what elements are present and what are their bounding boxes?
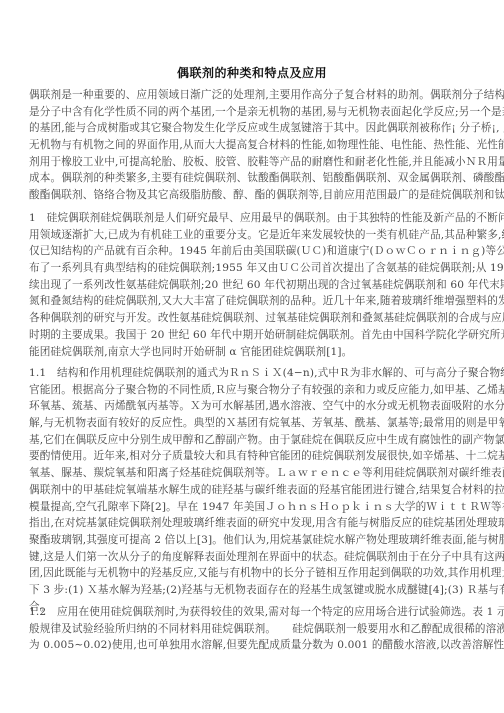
text-line: 聚酯玻璃钢,其强度可提高 2 倍以上[3]。他们认为,用烷基氯硅烷水解产物处理玻…	[29, 532, 475, 549]
text-line: 是分子中含有化学性质不同的两个基团,一个是亲无机物的基团,易与无机物表面起化学反…	[29, 104, 475, 121]
text-line: 般规律及试验经验所归纳的不同材料用硅烷偶联剂。 硅烷偶联剂一般要用水和乙醇配成很…	[29, 621, 475, 638]
text-line: 续出现了一系列改性氨基硅烷偶联剂;20 世纪 60 年代初期出现的含过氧基硅烷偶…	[29, 277, 475, 294]
text-line: 的基团,能与合成树脂或其它聚合物发生化学反应或生成氢键溶于其中。因此偶联剂被称作…	[29, 120, 475, 137]
text-line: 解,与无机物表面有较好的反应性。典型的Ｘ基团有烷氧基、芳氧基、酰基、氯基等;最常…	[29, 415, 475, 432]
paragraph-section-1-2: 1.2 应用在使用硅烷偶联剂时,为获得较佳的效果,需对每一个特定的应用场合进行试…	[29, 604, 475, 654]
document-page: 偶联剂的种类和特点及应用 偶联剂是一种重要的、应用领域日渐广泛的处理剂,主要用作…	[0, 0, 504, 713]
text-line: 键,这是人们第一次从分子的角度解释表面处理剂在界面中的状态。硅烷偶联剂由于在分子…	[29, 549, 475, 566]
text-line: 偶联剂是一种重要的、应用领域日渐广泛的处理剂,主要用作高分子复合材料的助剂。偶联…	[29, 87, 475, 104]
text-line: 成本。偶联剂的种类繁多,主要有硅烷偶联剂、钛酸酯偶联剂、铝酸酯偶联剂、双金属偶联…	[29, 170, 475, 187]
text-line: 氧基、脲基、羰烷氧基和阳离子烃基硅烷偶联剂等。Ｌａｗｒｅｎｃｅ等利用硅烷偶联剂对…	[29, 465, 475, 482]
text-line: 能团硅烷偶联剂,南京大学也同时开始研制 α 官能团硅烷偶联剂[1]。	[29, 344, 475, 361]
text-line: 剂用于橡胶工业中,可提高轮胎、胶板、胶管、胶鞋等产品的耐磨性和耐老化性能,并且能…	[29, 154, 475, 171]
text-line: 1.2 应用在使用硅烷偶联剂时,为获得较佳的效果,需对每一个特定的应用场合进行试…	[29, 604, 475, 621]
text-line: 1.1 结构和作用机理硅烷偶联剂的通式为ＲｎＳｉＸ(4−n),式中Ｒ为非水解的、…	[29, 365, 475, 382]
paragraph-section-1-1: 1.1 结构和作用机理硅烷偶联剂的通式为ＲｎＳｉＸ(4−n),式中Ｒ为非水解的、…	[29, 365, 475, 615]
text-line: 环氧基、巯基、丙烯酰氧丙基等。Ｘ为可水解基团,遇水溶液、空气中的水分或无机物表面…	[29, 398, 475, 415]
text-line: 要酌情使用。近年来,相对分子质量较大和具有特种官能团的硅烷偶联剂发展很快,如辛烯…	[29, 448, 475, 465]
text-line: 基,它们在偶联反应中分别生成甲醇和乙醇副产物。由于氯硅烷在偶联反应中生成有腐蚀性…	[29, 432, 475, 449]
paragraph-intro: 偶联剂是一种重要的、应用领域日渐广泛的处理剂,主要用作高分子复合材料的助剂。偶联…	[29, 87, 475, 204]
text-line: 无机物与有机物之间的界面作用,从而大大提高复合材料的性能,如物理性能、电性能、热…	[29, 137, 475, 154]
text-line: 下 3 步:(1) Ｘ基水解为羟基;(2)羟基与无机物表面存在的羟基生成氢键或脱…	[29, 582, 475, 599]
paragraph-section-1: 1 硅烷偶联剂硅烷偶联剂是人们研究最早、应用最早的偶联剂。由于其独特的性能及新产…	[29, 210, 475, 360]
text-line: 布了一系列具有典型结构的硅烷偶联剂;1955 年又由ＵＣ公司首次提出了含氨基的硅…	[29, 260, 475, 277]
text-line: 各种偶联剂的研究与开发。改性氨基硅烷偶联剂、过氧基硅烷偶联剂和叠氮基硅烷偶联剂的…	[29, 310, 475, 327]
text-line: 仅已知结构的产品就有百余种。1945 年前后由美国联碳(ＵＣ)和道康宁(ＤｏｗＣ…	[29, 243, 475, 260]
text-line: 模量提高,空气孔隙率下降[2]。早在 1947 年美国ＪｏｈｎｓＨｏｐｋｉｎｓ大…	[29, 499, 475, 516]
text-line: 时期的主要成果。我国于 20 世纪 60 年代中期开始研制硅烷偶联剂。首先由中国…	[29, 327, 475, 344]
text-line: 为 0.005∼0.02)使用,也可单独用水溶解,但要先配成质量分数为 0.00…	[29, 637, 475, 654]
text-line: 氮和叠氮结构的硅烷偶联剂,又大大丰富了硅烷偶联剂的品种。近几十年来,随着玻璃纤维…	[29, 293, 475, 310]
text-line: 用领域逐渐扩大,已成为有机硅工业的重要分支。它是近年来发展较快的一类有机硅产品,…	[29, 227, 475, 244]
document-title: 偶联剂的种类和特点及应用	[0, 64, 504, 81]
text-line: 1 硅烷偶联剂硅烷偶联剂是人们研究最早、应用最早的偶联剂。由于其独特的性能及新产…	[29, 210, 475, 227]
text-line: 团,因此既能与无机物中的羟基反应,又能与有机物中的长分子链相互作用起到偶联的功效…	[29, 565, 475, 582]
text-line: 偶联剂中的甲基硅烷氧端基水解生成的硅羟基与碳纤维表面的羟基官能团进行键合,结果复…	[29, 482, 475, 499]
text-line: 指出,在对烷基氯硅烷偶联剂处理玻璃纤维表面的研究中发现,用含有能与树脂反应的硅烷…	[29, 515, 475, 532]
text-line: 酸酯偶联剂、铬络合物及其它高级脂肪酸、醇、酯的偶联剂等,目前应用范围最广的是硅烷…	[29, 187, 475, 204]
text-line: 官能团。根据高分子聚合物的不同性质,Ｒ应与聚合物分子有较强的亲和力或反应能力,如…	[29, 382, 475, 399]
